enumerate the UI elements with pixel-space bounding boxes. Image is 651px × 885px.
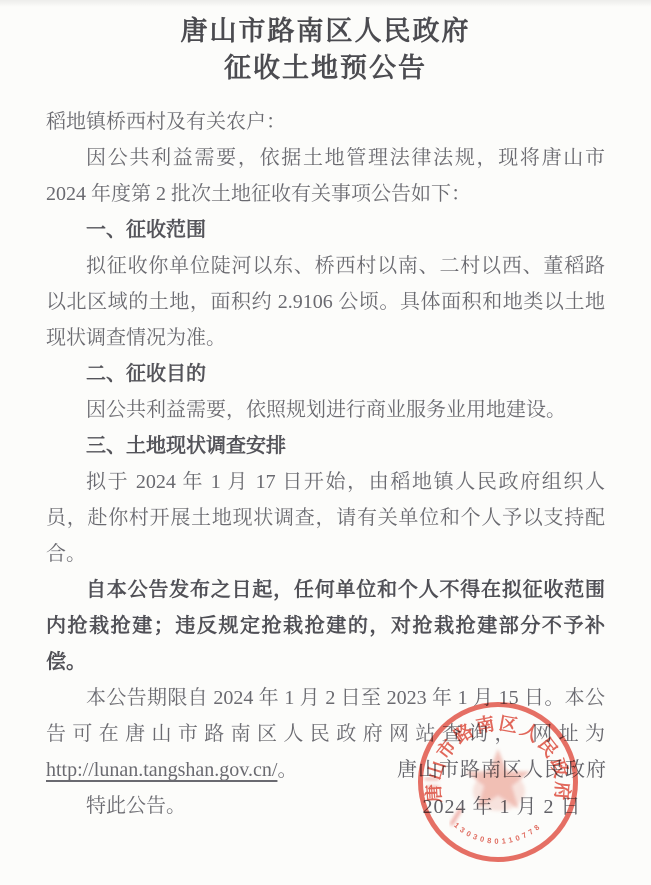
section-3-heading: 三、土地现状调查安排	[46, 428, 605, 464]
document-page: 唐山市路南区人民政府 征收土地预公告 稻地镇桥西村及有关农户： 因公共利益需要，…	[0, 0, 651, 885]
intro-paragraph: 因公共利益需要，依据土地管理法律法规，现将唐山市 2024 年度第 2 批次土地…	[46, 140, 605, 212]
period-text-after: 。	[277, 759, 297, 781]
seal-artifact	[473, 771, 525, 811]
official-seal: 唐山市路南区人民政府 1303080110778	[415, 699, 581, 865]
section-2-text: 因公共利益需要，依照规划进行商业服务业用地建设。	[46, 392, 605, 428]
document-title: 唐山市路南区人民政府 征收土地预公告	[0, 13, 651, 87]
section-2-heading: 二、征收目的	[46, 356, 605, 392]
warning-paragraph: 自本公告发布之日起，任何单位和个人不得在拟征收范围内抢栽抢建；违反规定抢栽抢建的…	[46, 572, 605, 680]
svg-text:1303080110778: 1303080110778	[452, 821, 544, 846]
document-title-line-2: 征收土地预公告	[0, 50, 651, 87]
website-url: http://lunan.tangshan.gov.cn/	[46, 759, 277, 781]
section-3-text: 拟于 2024 年 1 月 17 日开始，由稻地镇人民政府组织人员，赴你村开展土…	[46, 464, 605, 572]
document-title-line-1: 唐山市路南区人民政府	[0, 13, 651, 50]
seal-code: 1303080110778	[452, 821, 544, 846]
section-1-text: 拟征收你单位陡河以东、桥西村以南、二村以西、董稻路以北区域的土地，面积约 2.9…	[46, 248, 605, 356]
salutation: 稻地镇桥西村及有关农户：	[46, 104, 605, 140]
section-1-heading: 一、征收范围	[46, 212, 605, 248]
